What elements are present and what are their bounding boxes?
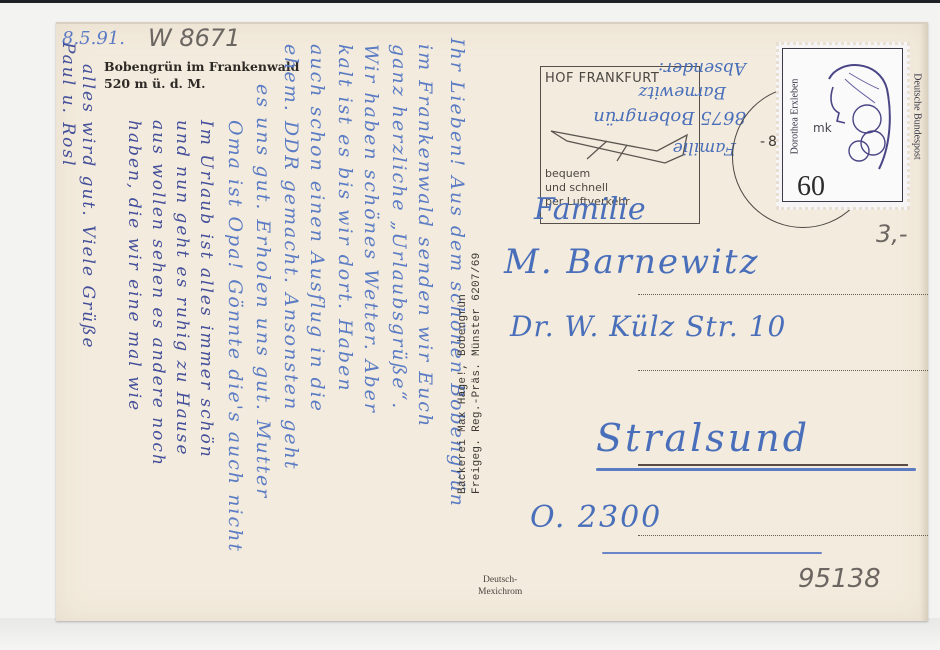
message-line: ehem. DDR gemacht. Ansonsten geht bbox=[280, 44, 302, 471]
message-line: und nun geht es ruhig zu Hause bbox=[172, 120, 192, 457]
portrait-icon bbox=[809, 59, 893, 171]
message-line: ganz herzliche „Urlaubsgrüße“. bbox=[388, 44, 410, 410]
sender-line: Absender: bbox=[658, 58, 746, 78]
printer-mark-line: Mexichrom bbox=[478, 586, 522, 598]
sender-line: Barnewitz bbox=[638, 82, 726, 102]
city-underline bbox=[596, 468, 916, 471]
postcard: 8.5.91. W 8671 Bobengrün im Frankenwald … bbox=[56, 22, 928, 621]
printer-mark: Deutsch- Mexichrom bbox=[478, 574, 522, 598]
recipient-name: M. Barnewitz bbox=[504, 242, 760, 282]
postcode-underline bbox=[602, 552, 822, 554]
postmark-rate: mk bbox=[813, 121, 832, 135]
message-line: kalt ist es bis wir dort. Haben bbox=[334, 44, 356, 393]
message-line: Im Urlaub ist alles immer schön bbox=[196, 120, 216, 459]
sender-line: 8675 Bobengrün bbox=[593, 107, 746, 128]
address-line-solid bbox=[638, 464, 908, 466]
address-line bbox=[638, 370, 928, 371]
message-line: haben, die wir eine mal wie bbox=[124, 120, 144, 412]
scanner-edge-top bbox=[0, 0, 940, 3]
printer-mark-line: Deutsch- bbox=[478, 574, 522, 586]
publisher-line: Bäckerei Max Häge!, Bobengrün bbox=[456, 214, 470, 494]
message-line: Wir haben schönes Wetter. Aber bbox=[360, 44, 382, 414]
sender-line: Familie bbox=[673, 138, 736, 158]
stamp-country: Deutsche Bundespost bbox=[912, 47, 923, 187]
message-line: im Frankenwald senden wir Euch bbox=[414, 44, 436, 428]
scanner-background bbox=[0, 618, 940, 650]
caption-title: Bobengrün im Frankenwald bbox=[104, 58, 299, 75]
address-line bbox=[638, 294, 928, 295]
stamp-subject: Dorothea Erxleben bbox=[790, 47, 801, 187]
message-line: alles wird gut. Viele Grüße bbox=[78, 64, 98, 350]
message-line: es uns gut. Erholen uns gut. Mutter bbox=[252, 84, 274, 499]
stamp-frame: Dorothea Erxleben Deutsche Bundespost mk… bbox=[782, 48, 903, 202]
pencil-catalog-number: 95138 bbox=[798, 564, 881, 594]
recipient-city: Stralsund bbox=[596, 416, 810, 460]
postage-stamp: Dorothea Erxleben Deutsche Bundespost mk… bbox=[776, 42, 910, 210]
pencil-code: W 8671 bbox=[148, 24, 240, 52]
message-line: Paul u. Rosl bbox=[58, 42, 78, 168]
publisher-imprint: Bäckerei Max Häge!, Bobengrün Freigeg. R… bbox=[456, 214, 484, 494]
address-line bbox=[638, 535, 928, 536]
stamp-value: 60 bbox=[797, 171, 825, 203]
message-line: Oma ist Opa! Gönnte die's auch nicht bbox=[224, 120, 246, 553]
recipient-postcode: O. 2300 bbox=[530, 500, 662, 535]
message-line: aus wollen sehen es andere noch bbox=[148, 120, 168, 467]
message-line: auch schon einen Ausflug in die bbox=[306, 44, 328, 413]
recipient-line-1: Familie bbox=[534, 192, 646, 227]
publisher-line: Freigeg. Reg.-Präs. Münster 6207/69 bbox=[470, 214, 484, 494]
recipient-street: Dr. W. Külz Str. 10 bbox=[510, 310, 786, 343]
pencil-price: 3,- bbox=[876, 220, 908, 248]
